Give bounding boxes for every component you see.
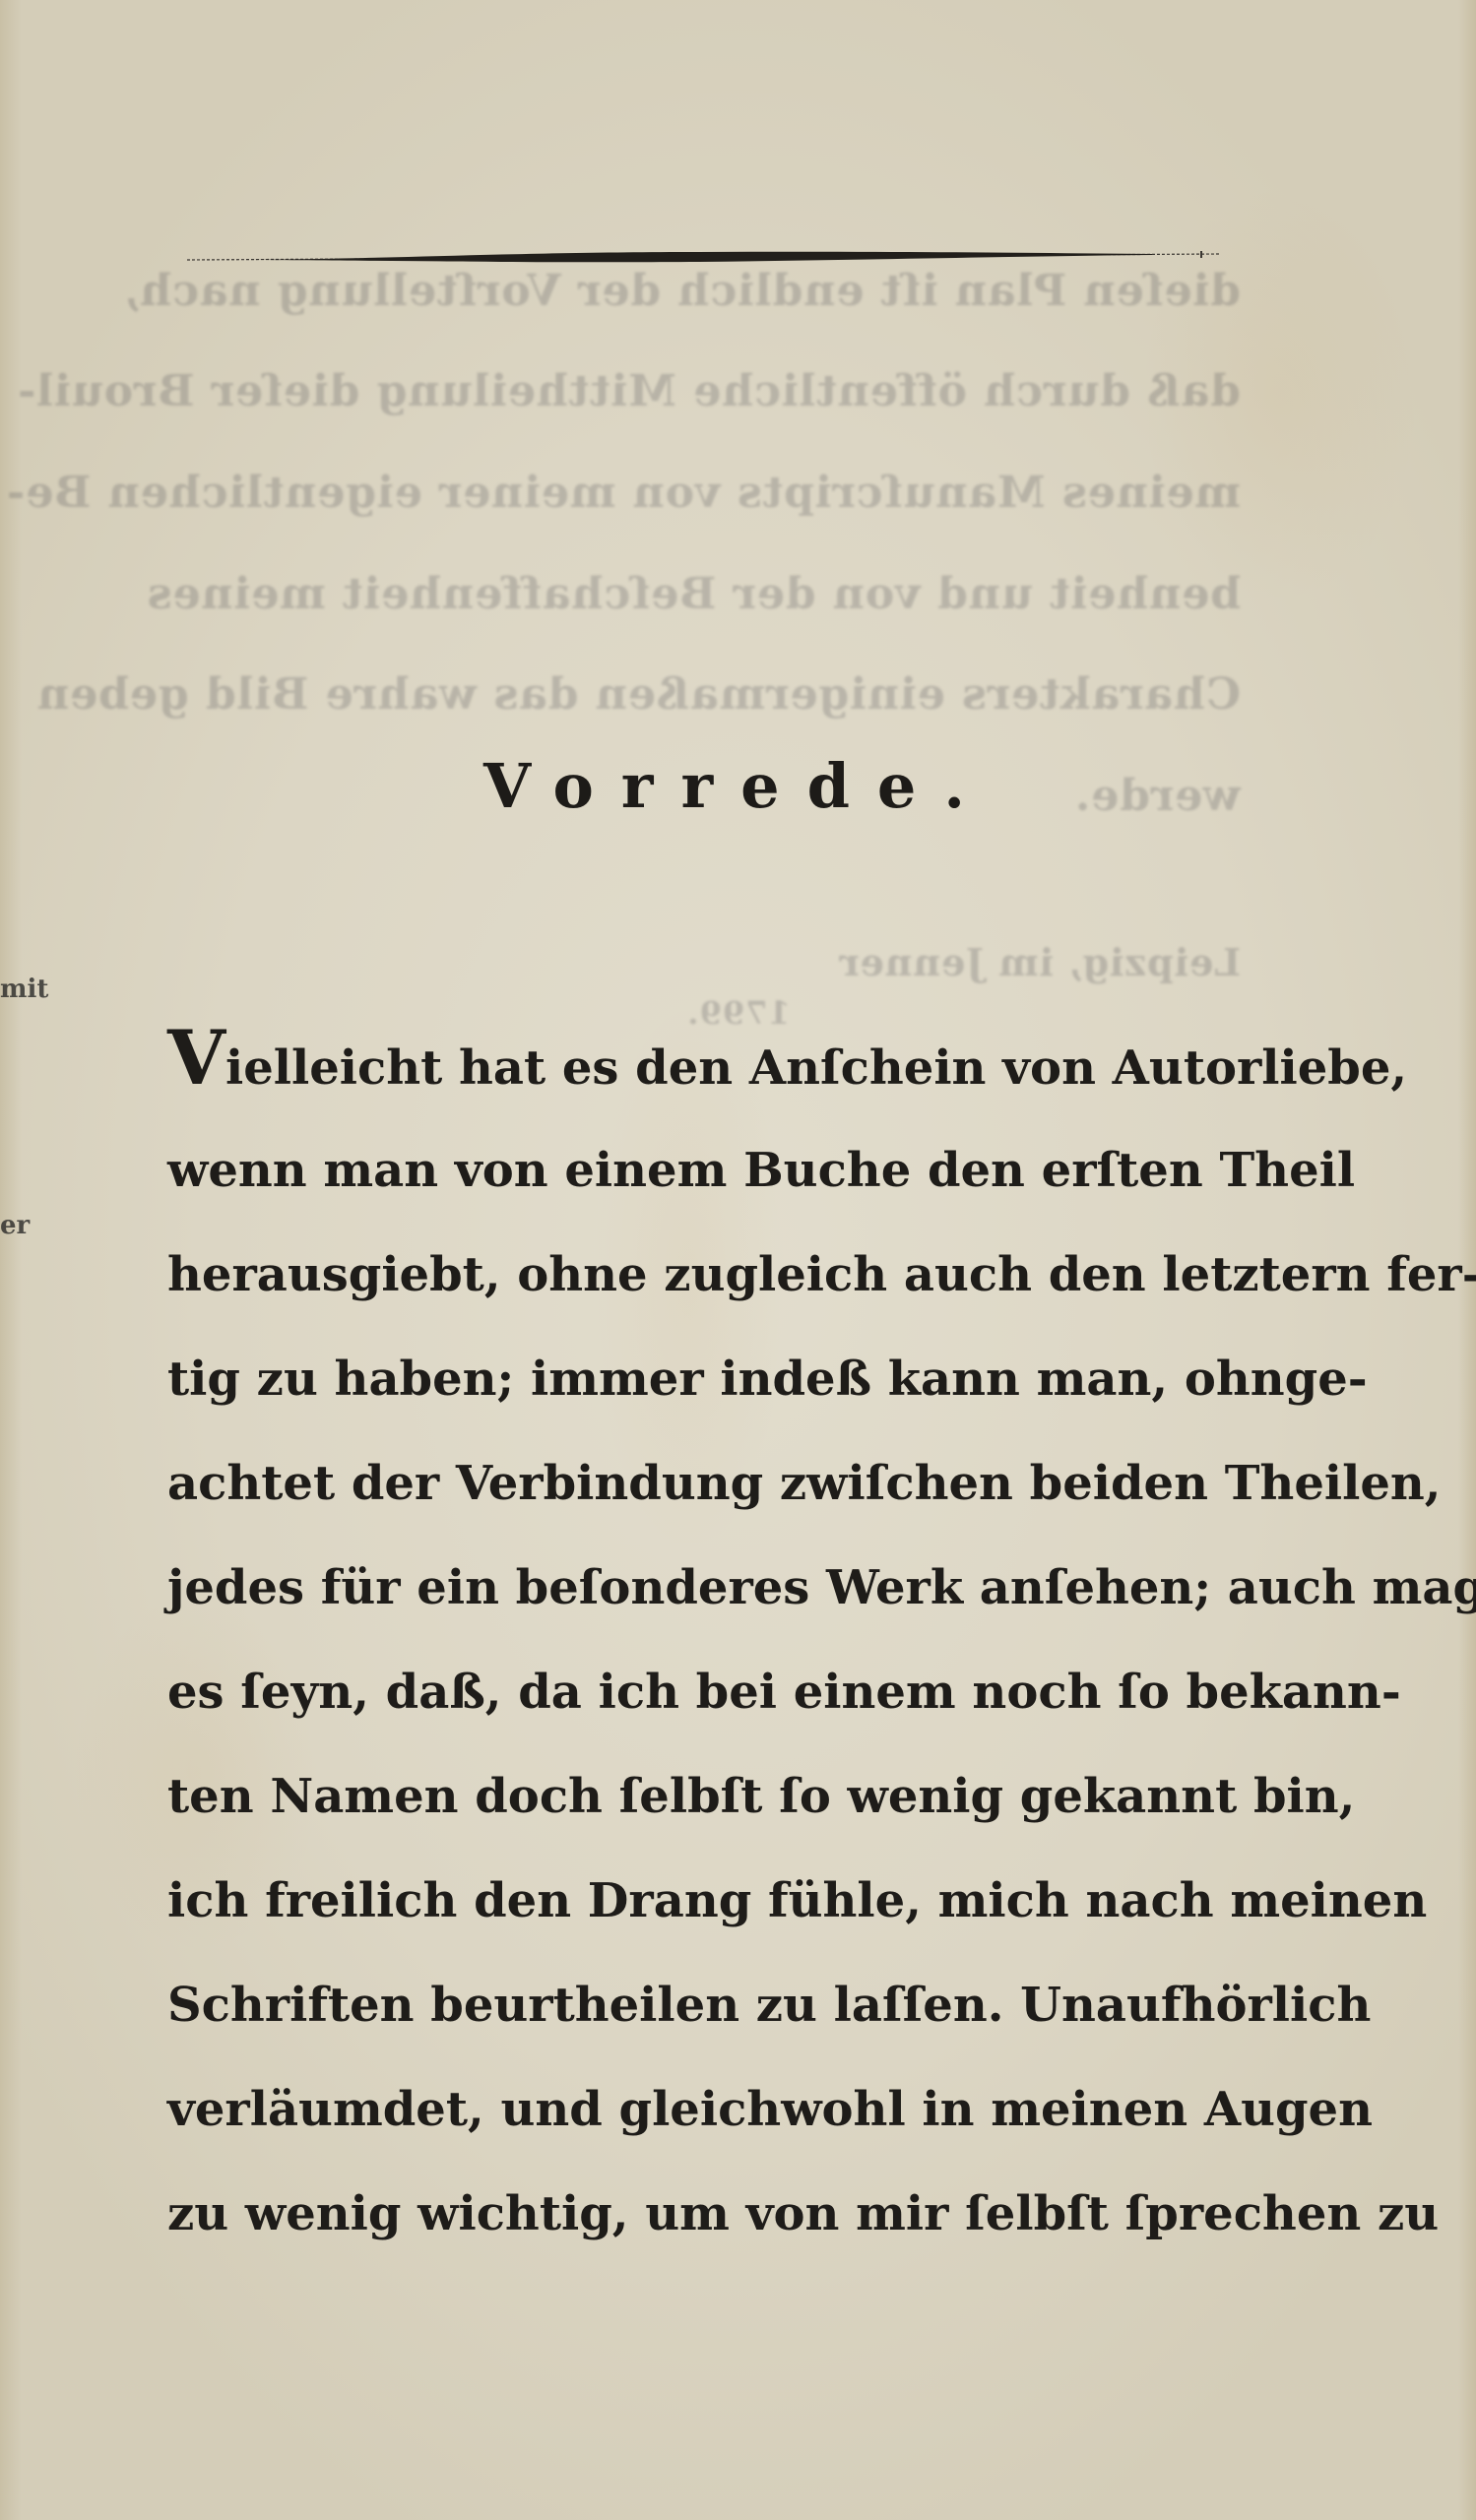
scanned-page: dieſen Plan iſt endlich der Vorſtellung …: [0, 0, 1476, 2520]
text-line: Schriften beurtheilen zu laſſen. Unaufhö…: [167, 1963, 1260, 2067]
text-line: herausgiebt, ohne zugleich auch den letz…: [167, 1232, 1260, 1337]
text-line: ten Namen doch ſelbſt ſo wenig gekannt b…: [167, 1754, 1260, 1858]
text-line: achtet der Verbindung zwiſchen beiden Th…: [167, 1441, 1260, 1545]
text-line: tig zu haben; immer indeß kann man, ohng…: [167, 1337, 1260, 1441]
text-line: jedes für ein beſonderes Werk anſehen; a…: [167, 1545, 1260, 1650]
margin-fragment: er: [0, 1211, 30, 1240]
show-through-line: daß durch öffentliche Mittheilung dieſer…: [167, 366, 1241, 416]
margin-fragment: mit: [0, 975, 48, 1004]
text-line: verläumdet, und gleichwohl in meinen Aug…: [167, 2067, 1260, 2172]
text-line: es ſeyn, daß, da ich bei einem noch ſo b…: [167, 1650, 1260, 1754]
text-line: wenn man von einem Buche den erſten Thei…: [167, 1128, 1260, 1232]
show-through-line: benheit und von der Beſchaffenheit meine…: [167, 569, 1241, 619]
body-paragraph: Vielleicht hat es den Anſchein von Autor…: [167, 1024, 1260, 2276]
text-line: zu wenig wichtig, um von mir ſelbſt ſpre…: [167, 2172, 1260, 2276]
text-line: ich freilich den Drang fühle, mich nach …: [167, 1858, 1260, 1963]
decorative-rule: [187, 249, 1221, 265]
show-through-line: Charakters einigermaßen das wahre Bild g…: [167, 669, 1241, 720]
show-through-line: meines Manuſcripts von meiner eigentlich…: [167, 468, 1241, 518]
text-line-content: ielleicht hat es den Anſchein von Autorl…: [225, 1040, 1407, 1096]
drop-cap: V: [167, 1014, 225, 1102]
show-through-line: Leipzig, im Jenner: [167, 940, 1241, 984]
show-through-line: dieſen Plan iſt endlich der Vorſtellung …: [167, 266, 1241, 316]
page-heading: Vorrede.: [0, 750, 1476, 822]
text-line: Vielleicht hat es den Anſchein von Autor…: [167, 1024, 1260, 1128]
